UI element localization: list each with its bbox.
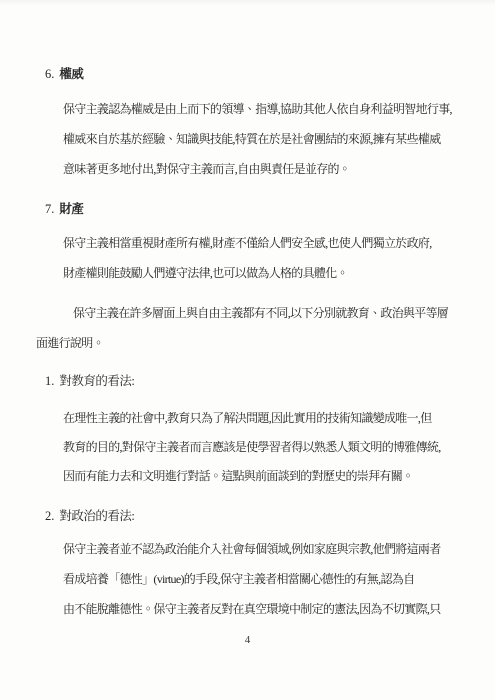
text-line: 看成培養「德性」(virtue)的手段,保守主義者相當關心德性的有無,認為自 [63,564,441,594]
paragraph-property: 保守主義相當重視財產所有權,財產不僅給人們安全感,也使人們獨立於政府, 財產權則… [63,228,432,288]
section-heading-property: 7.財產 [45,201,83,217]
text-line: 教育的目的,對保守主義者而言應該是使學習者得以熟悉人類文明的博雅傳統, [63,433,441,462]
subsection-number: 1. [45,374,54,388]
section-number: 6. [45,67,54,81]
section-heading-authority: 6.權威 [45,66,83,82]
text-line: 因而有能力去和文明進行對話。這點與前面談到的對歷史的崇拜有關。 [63,462,441,491]
text-line: 權威來自於基於經驗、知識與技能,特質在於是社會團結的來源,擁有某些權威 [63,124,452,154]
paragraph-politics: 保守主義者並不認為政治能介入社會每個領域,例如家庭與宗教,他們將這兩者 看成培養… [63,534,441,624]
text-line: 保守主義在許多層面上與自由主義都有不同,以下分別就教育、政治與平等層 [36,298,448,328]
subsection-heading-politics: 2.對政治的看法: [45,508,134,524]
paragraph-transition: 保守主義在許多層面上與自由主義都有不同,以下分別就教育、政治與平等層 面進行說明… [36,298,448,358]
document-page: 6.權威 保守主義認為權威是由上而下的領導、指導,協助其他人依自身利益明智地行事… [0,0,495,700]
text-line: 保守主義者並不認為政治能介入社會每個領域,例如家庭與宗教,他們將這兩者 [63,534,441,564]
subsection-number: 2. [45,509,54,523]
section-title: 權威 [59,67,83,81]
text-line: 保守主義相當重視財產所有權,財產不僅給人們安全感,也使人們獨立於政府, [63,228,432,258]
paragraph-education: 在理性主義的社會中,教育只為了解決問題,因此實用的技術知識變成唯一,但 教育的目… [63,404,441,491]
text-line: 面進行說明。 [36,328,448,358]
subsection-title: 對政治的看法: [59,509,134,523]
text-line: 由不能脫離德性。保守主義者反對在真空環境中制定的憲法,因為不切實際,只 [63,594,441,624]
text-line: 財產權則能鼓勵人們遵守法律,也可以做為人格的具體化。 [63,258,432,288]
paragraph-authority: 保守主義認為權威是由上而下的領導、指導,協助其他人依自身利益明智地行事, 權威來… [63,94,452,184]
text-line: 在理性主義的社會中,教育只為了解決問題,因此實用的技術知識變成唯一,但 [63,404,441,433]
subsection-title: 對教育的看法: [59,374,134,388]
subsection-heading-education: 1.對教育的看法: [45,373,134,389]
page-number: 4 [0,632,495,648]
text-line: 保守主義認為權威是由上而下的領導、指導,協助其他人依自身利益明智地行事, [63,94,452,124]
section-title: 財產 [59,202,83,216]
section-number: 7. [45,202,54,216]
text-line: 意味著更多地付出,對保守主義而言,自由與責任是並存的。 [63,154,452,184]
